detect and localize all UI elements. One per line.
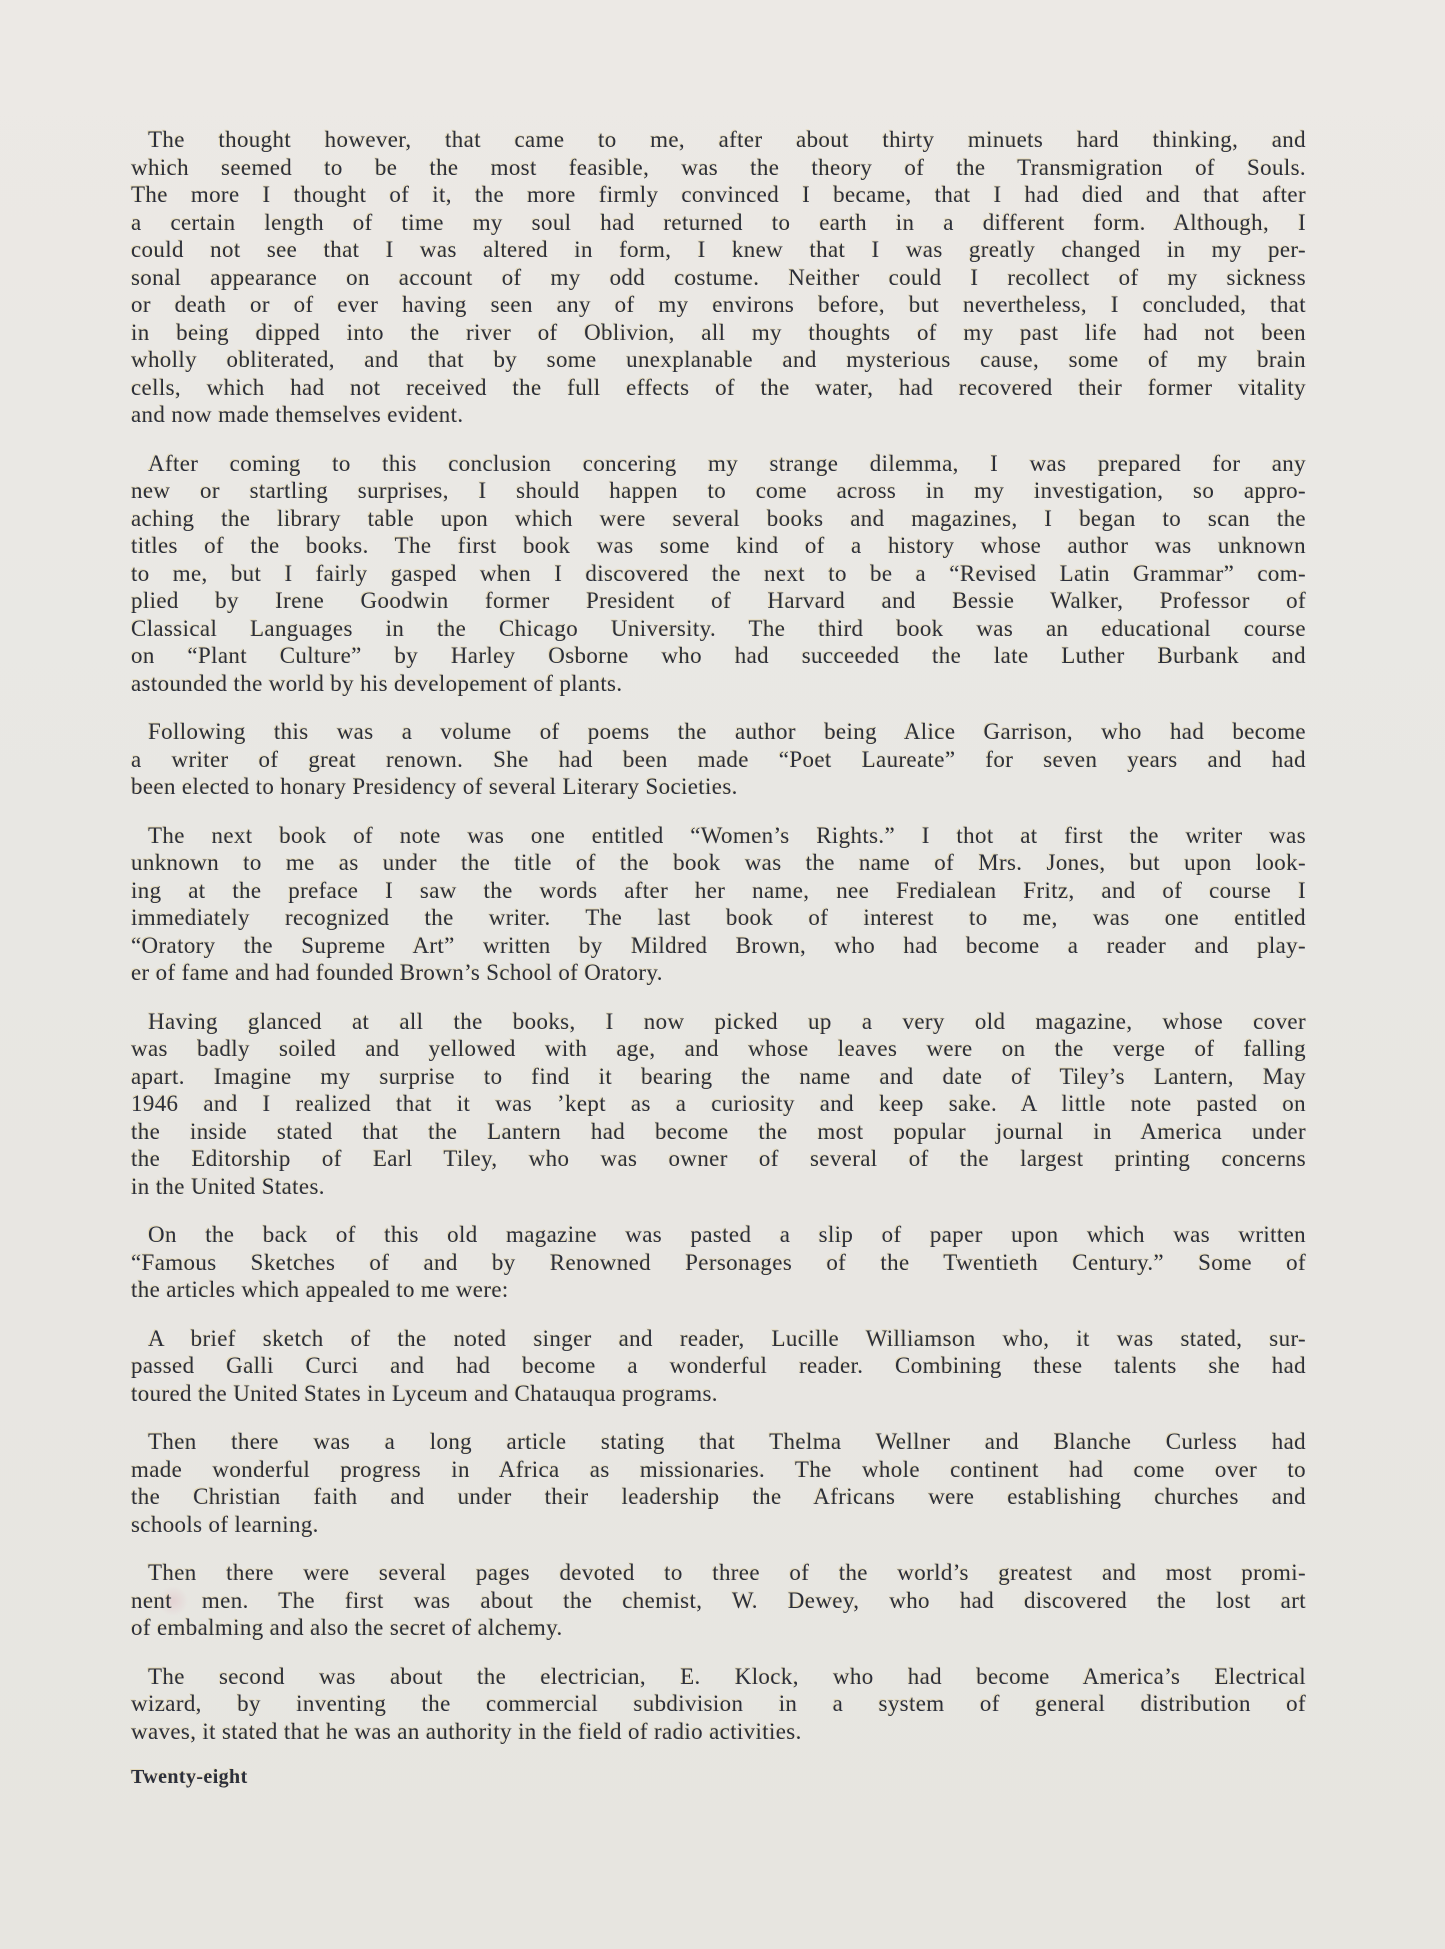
text-line: aching the library table upon which were…	[131, 505, 1306, 533]
text-line: The next book of note was one entitled “…	[131, 822, 1306, 850]
text-line: A brief sketch of the noted singer and r…	[131, 1325, 1306, 1353]
document-text-block: The thought however, that came to me, af…	[131, 126, 1306, 1789]
text-line: and now made themselves evident.	[131, 401, 1306, 429]
text-line: the Christian faith and under their lead…	[131, 1483, 1306, 1511]
text-line: which seemed to be the most feasible, wa…	[131, 154, 1306, 182]
text-line: waves, it stated that he was an authorit…	[131, 1718, 1306, 1746]
text-line: or death or of ever having seen any of m…	[131, 291, 1306, 319]
text-line: plied by Irene Goodwin former President …	[131, 587, 1306, 615]
scanned-document-page: The thought however, that came to me, af…	[0, 0, 1445, 1949]
text-line: “Famous Sketches of and by Renowned Pers…	[131, 1249, 1306, 1277]
text-line: on “Plant Culture” by Harley Osborne who…	[131, 642, 1306, 670]
text-line: schools of learning.	[131, 1511, 1306, 1539]
text-line: 1946 and I realized that it was ’kept as…	[131, 1090, 1306, 1118]
text-line: Having glanced at all the books, I now p…	[131, 1008, 1306, 1036]
text-line: nent men. The first was about the chemis…	[131, 1587, 1306, 1615]
text-line: ing at the preface I saw the words after…	[131, 877, 1306, 905]
text-line: been elected to honary Presidency of sev…	[131, 773, 1306, 801]
paragraph: Then there was a long article stating th…	[131, 1428, 1306, 1538]
text-line: “Oratory the Supreme Art” written by Mil…	[131, 932, 1306, 960]
text-line: new or startling surprises, I should hap…	[131, 477, 1306, 505]
text-line: titles of the books. The first book was …	[131, 532, 1306, 560]
text-line: was badly soiled and yellowed with age, …	[131, 1035, 1306, 1063]
text-line: er of fame and had founded Brown’s Schoo…	[131, 959, 1306, 987]
text-line: Classical Languages in the Chicago Unive…	[131, 615, 1306, 643]
text-line: The second was about the electrician, E.…	[131, 1663, 1306, 1691]
text-line: sonal appearance on account of my odd co…	[131, 264, 1306, 292]
text-line: toured the United States in Lyceum and C…	[131, 1380, 1306, 1408]
paragraph: The second was about the electrician, E.…	[131, 1663, 1306, 1746]
text-line: astounded the world by his developement …	[131, 670, 1306, 698]
text-line: to me, but I fairly gasped when I discov…	[131, 560, 1306, 588]
text-line: cells, which had not received the full e…	[131, 374, 1306, 402]
text-line: could not see that I was altered in form…	[131, 236, 1306, 264]
text-line: passed Galli Curci and had become a wond…	[131, 1352, 1306, 1380]
page-number-label: Twenty-eight	[131, 1766, 1306, 1789]
paragraph: A brief sketch of the noted singer and r…	[131, 1325, 1306, 1408]
text-line: the articles which appealed to me were:	[131, 1276, 1306, 1304]
paragraph: The next book of note was one entitled “…	[131, 822, 1306, 987]
text-line: of embalming and also the secret of alch…	[131, 1614, 1306, 1642]
paragraph: Following this was a volume of poems the…	[131, 718, 1306, 801]
text-line: made wonderful progress in Africa as mis…	[131, 1456, 1306, 1484]
text-line: Then there was a long article stating th…	[131, 1428, 1306, 1456]
text-line: a certain length of time my soul had ret…	[131, 209, 1306, 237]
text-line: Following this was a volume of poems the…	[131, 718, 1306, 746]
paragraph: Then there were several pages devoted to…	[131, 1559, 1306, 1642]
text-line: After coming to this conclusion concerin…	[131, 450, 1306, 478]
text-line: a writer of great renown. She had been m…	[131, 746, 1306, 774]
text-line: wholly obliterated, and that by some une…	[131, 346, 1306, 374]
text-line: The more I thought of it, the more firml…	[131, 181, 1306, 209]
paragraph: The thought however, that came to me, af…	[131, 126, 1306, 429]
text-line: in being dipped into the river of Oblivi…	[131, 319, 1306, 347]
text-line: unknown to me as under the title of the …	[131, 849, 1306, 877]
text-line: the inside stated that the Lantern had b…	[131, 1118, 1306, 1146]
text-line: in the United States.	[131, 1173, 1306, 1201]
text-line: The thought however, that came to me, af…	[131, 126, 1306, 154]
text-line: immediately recognized the writer. The l…	[131, 904, 1306, 932]
text-line: the Editorship of Earl Tiley, who was ow…	[131, 1145, 1306, 1173]
text-line: On the back of this old magazine was pas…	[131, 1221, 1306, 1249]
text-line: wizard, by inventing the commercial subd…	[131, 1690, 1306, 1718]
paragraph: After coming to this conclusion concerin…	[131, 450, 1306, 698]
paragraph: On the back of this old magazine was pas…	[131, 1221, 1306, 1304]
text-line: apart. Imagine my surprise to find it be…	[131, 1063, 1306, 1091]
text-line: Then there were several pages devoted to…	[131, 1559, 1306, 1587]
paragraph: Having glanced at all the books, I now p…	[131, 1008, 1306, 1201]
